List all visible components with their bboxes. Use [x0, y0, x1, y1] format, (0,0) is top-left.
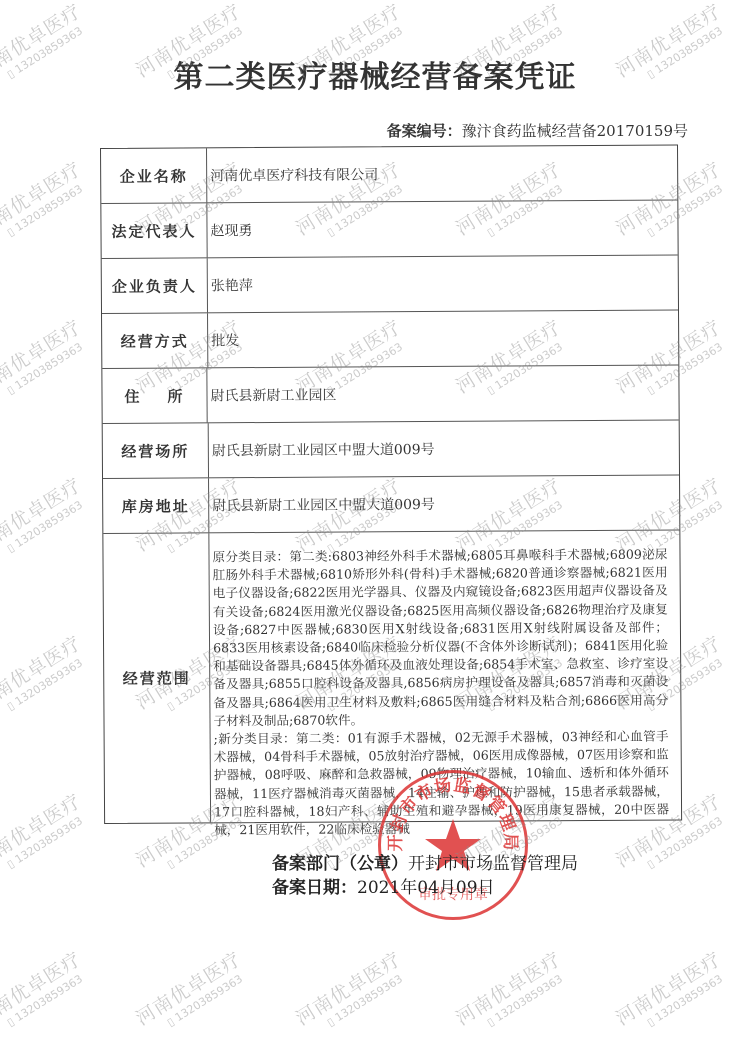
watermark-phone: ▯ 13203859363: [645, 967, 733, 1029]
watermark-company: 河南优卓医疗: [130, 944, 246, 1030]
watermark-phone: ▯ 13203859363: [165, 967, 253, 1029]
table-row-person-in-charge: 企业负责人 张艳萍: [102, 255, 678, 314]
watermark-company: 河南优卓医疗: [610, 944, 726, 1030]
info-table: 企业名称 河南优卓医疗科技有限公司 法定代表人 赵现勇 企业负责人 张艳萍 经营…: [100, 144, 682, 824]
row-value: 批发: [208, 310, 678, 367]
filing-date-value: 2021年04月09日: [357, 878, 495, 898]
filing-date-label: 备案日期：: [272, 878, 357, 898]
watermark: 河南优卓医疗▯ 13203859363: [0, 786, 93, 884]
watermark: 河南优卓医疗▯ 13203859363: [130, 944, 253, 1042]
table-row-warehouse-address: 库房地址 尉氏县新尉工业园区中盟大道009号: [103, 475, 679, 534]
row-label-part: 住: [124, 385, 141, 406]
certificate-page: 第二类医疗器械经营备案凭证 备案编号：豫汴食药监械经营备20170159号 企业…: [0, 0, 750, 1061]
row-label: 经营范围: [103, 533, 211, 823]
filing-department: 备案部门（公章）开封市市场监督管理局: [272, 852, 578, 876]
watermark: 河南优卓医疗▯ 13203859363: [0, 154, 93, 252]
row-label: 住 所: [102, 368, 207, 423]
record-number-value: 豫汴食药监械经营备20170159号: [462, 122, 688, 140]
row-label-part: 所: [167, 385, 184, 406]
document-title: 第二类医疗器械经营备案凭证: [0, 52, 750, 96]
table-row-legal-representative: 法定代表人 赵现勇: [101, 200, 677, 259]
filing-date: 备案日期：2021年04月09日: [272, 876, 578, 900]
watermark-phone: ▯ 13203859363: [5, 177, 93, 239]
row-label: 经营场所: [103, 423, 209, 478]
watermark-phone: ▯ 13203859363: [5, 651, 93, 713]
watermark-company: 河南优卓医疗: [290, 944, 406, 1030]
row-value: 尉氏县新尉工业园区: [207, 365, 678, 422]
watermark-company: 河南优卓医疗: [0, 944, 86, 1030]
table-row-company-name: 企业名称 河南优卓医疗科技有限公司: [101, 145, 677, 204]
row-label: 企业负责人: [102, 258, 208, 313]
filing-info: 备案部门（公章）开封市市场监督管理局 备案日期：2021年04月09日: [272, 852, 578, 900]
watermark-phone: ▯ 13203859363: [5, 809, 93, 871]
watermark: 河南优卓医疗▯ 13203859363: [610, 944, 733, 1042]
watermark: 河南优卓医疗▯ 13203859363: [450, 944, 573, 1042]
business-scope-text: 原分类目录：第二类:6803神经外科手术器械;6805耳鼻喉科手术器械;6809…: [209, 530, 681, 822]
row-label: 库房地址: [103, 478, 209, 533]
watermark-phone: ▯ 13203859363: [5, 493, 93, 555]
row-label: 企业名称: [101, 148, 207, 203]
filing-department-label: 备案部门（公章）: [272, 854, 408, 874]
watermark-company: 河南优卓医疗: [0, 786, 86, 872]
watermark-company: 河南优卓医疗: [450, 944, 566, 1030]
watermark-phone: ▯ 13203859363: [5, 335, 93, 397]
filing-department-value: 开封市市场监督管理局: [408, 854, 578, 874]
table-row-business-scope: 经营范围 原分类目录：第二类:6803神经外科手术器械;6805耳鼻喉科手术器械…: [103, 530, 681, 823]
watermark-phone: ▯ 13203859363: [485, 967, 573, 1029]
row-label: 经营方式: [102, 313, 208, 368]
row-value: 张艳萍: [208, 255, 678, 312]
watermark-company: 河南优卓医疗: [0, 154, 86, 240]
row-value: 河南优卓医疗科技有限公司: [207, 145, 677, 202]
row-value: 赵现勇: [207, 200, 677, 257]
old-catalog-text: 原分类目录：第二类:6803神经外科手术器械;6805耳鼻喉科手术器械;6809…: [212, 546, 668, 731]
record-number-label: 备案编号：: [387, 122, 462, 140]
watermark-phone: ▯ 13203859363: [5, 967, 93, 1029]
row-label: 法定代表人: [101, 203, 207, 258]
table-row-domicile: 住 所 尉氏县新尉工业园区: [102, 365, 678, 424]
watermark-company: 河南优卓医疗: [0, 628, 86, 714]
watermark: 河南优卓医疗▯ 13203859363: [0, 470, 93, 568]
row-value: 尉氏县新尉工业园区中盟大道009号: [209, 420, 679, 477]
watermark-company: 河南优卓医疗: [0, 312, 86, 398]
table-row-business-mode: 经营方式 批发: [102, 310, 678, 369]
table-row-business-premises: 经营场所 尉氏县新尉工业园区中盟大道009号: [103, 420, 679, 479]
row-value: 尉氏县新尉工业园区中盟大道009号: [209, 475, 679, 532]
watermark: 河南优卓医疗▯ 13203859363: [290, 944, 413, 1042]
watermark-company: 河南优卓医疗: [0, 470, 86, 556]
record-number: 备案编号：豫汴食药监械经营备20170159号: [387, 120, 688, 141]
watermark: 河南优卓医疗▯ 13203859363: [0, 944, 93, 1042]
watermark: 河南优卓医疗▯ 13203859363: [0, 312, 93, 410]
watermark: 河南优卓医疗▯ 13203859363: [0, 628, 93, 726]
watermark-phone: ▯ 13203859363: [325, 967, 413, 1029]
new-catalog-text: ;新分类目录：第二类：01有源手术器械，02无源手术器械，03神经和心血管手术器…: [214, 728, 670, 840]
